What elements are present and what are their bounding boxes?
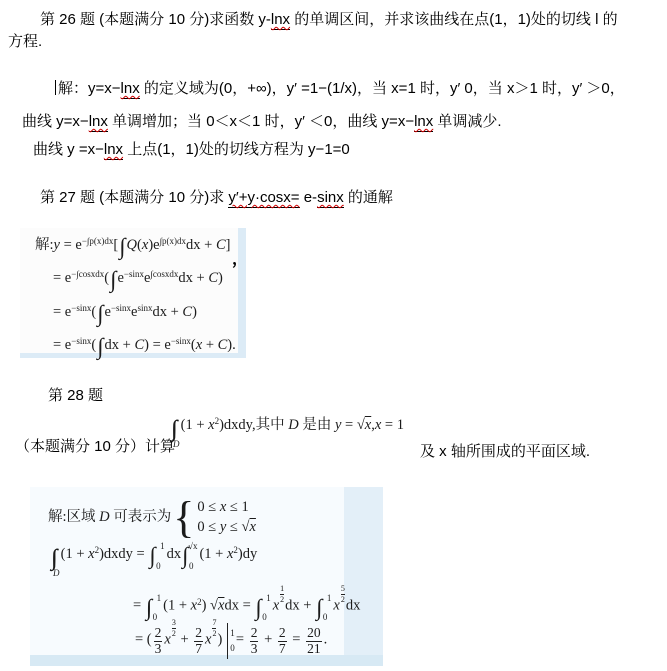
q28-stem-suffix: 及 x 轴所围成的平面区域. xyxy=(420,442,590,462)
document-page: 第 26 题 (本题满分 10 分)求函数 y-lnx 的单调区间，并求该曲线在… xyxy=(0,0,667,671)
q26-solution-line1: 解：y=x−lnx 的定义域为(0，+∞)，y′ =1−(1/x)，当 x=1 … xyxy=(55,79,625,99)
comma-mark: ， xyxy=(232,246,248,269)
formula-line: ∫∫D(1 + x2)dxdy = ∫10dx∫√x0(1 + x2)dy xyxy=(50,543,257,569)
formula-line: 解:y = e−∫p(x)dx[∫Q(x)e∫p(x)dxdx + C] xyxy=(35,234,231,258)
formula-line: 解:区域 D 可表示为{0 ≤ x ≤ 10 ≤ y ≤ √x xyxy=(48,498,256,538)
image-right-column xyxy=(344,487,383,666)
text-cursor xyxy=(55,80,56,95)
q26-solution-line2: 曲线 y=x−lnx 单调增加；当 0＜x＜1 时，y′ ＜0，曲线 y=x−l… xyxy=(22,112,502,132)
q28-stem-prefix: （本题满分 10 分）计算 xyxy=(15,437,175,457)
q27-heading: 第 27 题 (本题满分 10 分)求 y′+y·cosx= e-sinx 的通… xyxy=(40,188,393,208)
q26-heading-line1: 第 26 题 (本题满分 10 分)求函数 y-lnx 的单调区间，并求该曲线在… xyxy=(40,10,618,30)
q28-stem-formula-image: ∫∫D(1 + x2)dxdy,其中 D 是由 y = √x,x = 1 xyxy=(170,414,404,440)
q26-solution-line3: 曲线 y =x−lnx 上点(1，1)处的切线方程为 y−1=0 xyxy=(33,140,350,160)
formula-line: = e−∫cosxdx(∫e−sinxe∫cosxdxdx + C) xyxy=(53,267,223,291)
formula-line: = e−sinx(∫e−sinxesinxdx + C) xyxy=(53,301,197,325)
q27-solution-formula-image: 解:y = e−∫p(x)dx[∫Q(x)e∫p(x)dxdx + C] = e… xyxy=(20,228,246,358)
formula-line: = ∫10(1 + x2) √xdx = ∫10x12dx + ∫10x52dx xyxy=(133,584,360,618)
formula-line: = e−sinx(∫dx + C) = e−sinx(x + C). xyxy=(53,334,236,358)
q28-solution-formula-image: 解:区域 D 可表示为{0 ≤ x ≤ 10 ≤ y ≤ √x ∫∫D(1 + … xyxy=(30,487,383,666)
q26-heading-line2: 方程. xyxy=(8,32,42,52)
formula-line: = (23x32 + 27x72)10 = 23 + 27 = 2021. xyxy=(135,618,327,659)
q28-heading: 第 28 题 xyxy=(48,386,103,406)
